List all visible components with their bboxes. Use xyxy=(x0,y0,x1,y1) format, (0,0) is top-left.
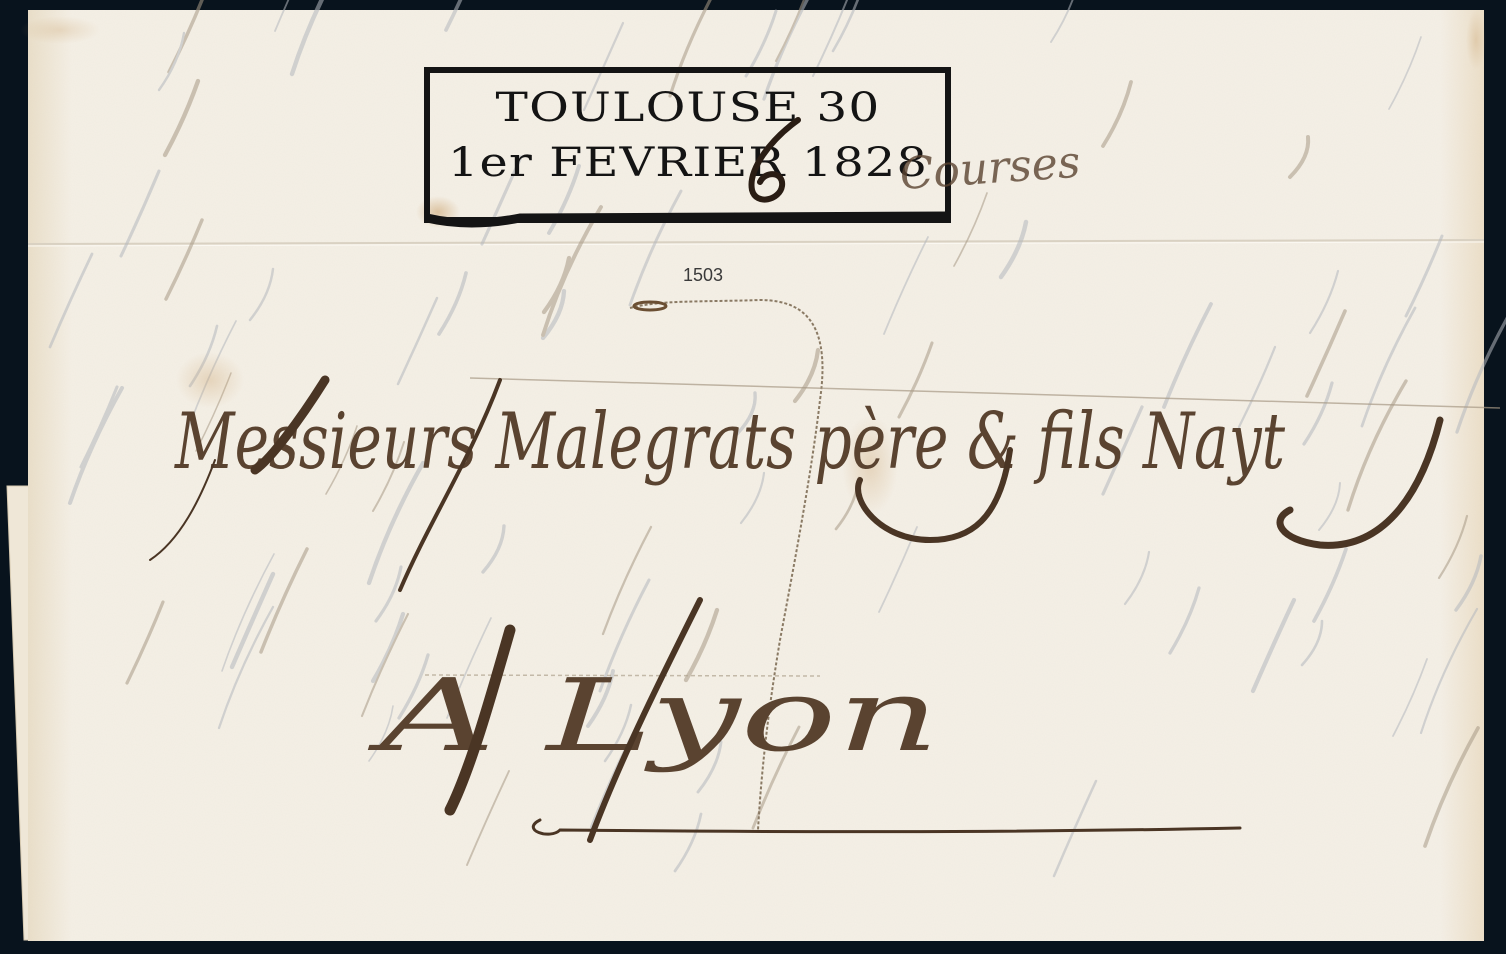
letter-cover: TOULOUSE 30 1er FEVRIER 1828 Courses 150… xyxy=(0,0,1506,954)
address-line2: A Lyon xyxy=(367,657,940,774)
address-line1: Messieurs Malegrats père & fils Nayt xyxy=(174,397,1286,487)
docket-number: 1503 xyxy=(683,265,723,285)
postmark-line2: 1er FEVRIER 1828 xyxy=(448,140,928,186)
paper-flap xyxy=(7,486,30,940)
postmark-line1: TOULOUSE 30 xyxy=(496,85,881,131)
